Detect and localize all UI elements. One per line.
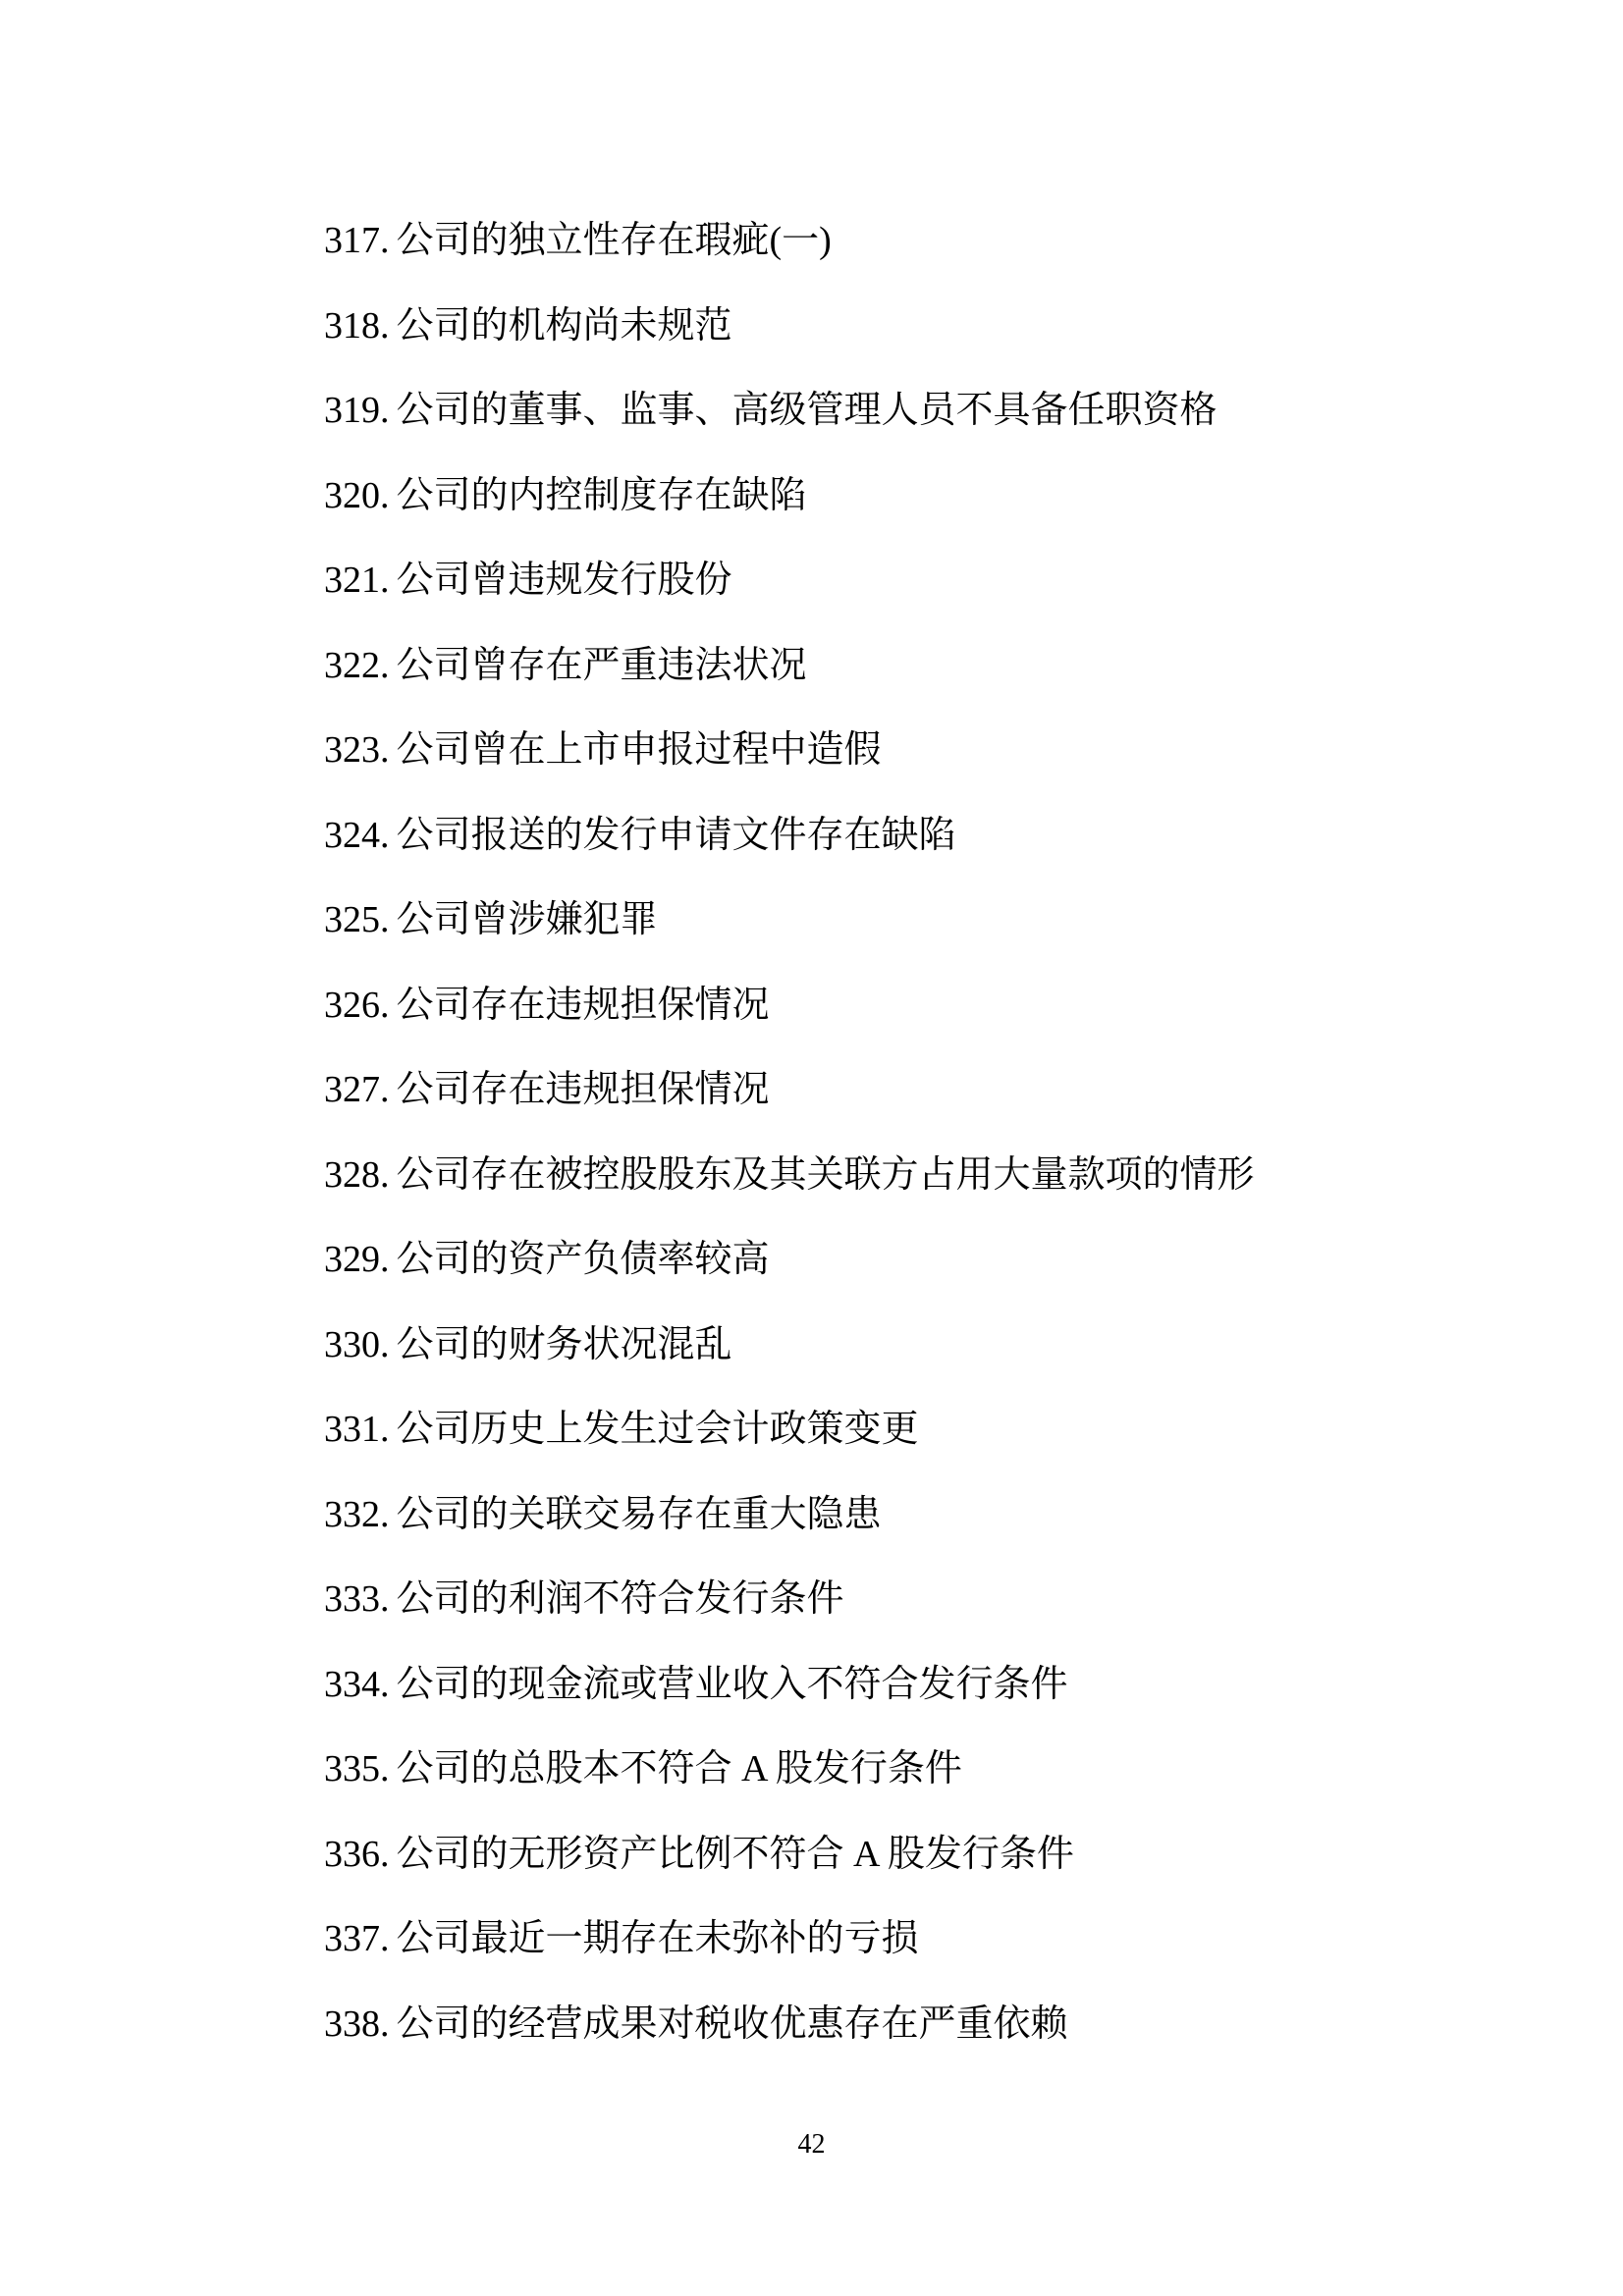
item-text: 公司报送的发行申请文件存在缺陷: [397, 815, 956, 856]
list-item: 331.公司历史上发生过会计政策变更: [324, 1411, 1505, 1449]
list-item: 322.公司曾存在严重违法状况: [324, 647, 1505, 685]
item-text: 公司的利润不符合发行条件: [397, 1578, 844, 1620]
item-number: 337.: [324, 1918, 390, 1959]
item-number: 325.: [324, 899, 390, 940]
item-text: 公司存在违规担保情况: [397, 985, 770, 1026]
item-text: 公司的独立性存在瑕疵(一): [397, 220, 832, 261]
item-text: 公司曾存在严重违法状况: [397, 645, 807, 686]
item-number: 335.: [324, 1748, 390, 1789]
item-text: 公司的内控制度存在缺陷: [397, 475, 807, 516]
item-text: 公司的资产负债率较高: [397, 1239, 770, 1280]
item-number: 332.: [324, 1494, 390, 1535]
item-number: 317.: [324, 220, 390, 261]
item-number: 322.: [324, 645, 390, 686]
item-text: 公司的现金流或营业收入不符合发行条件: [397, 1664, 1068, 1705]
item-text: 公司最近一期存在未弥补的亏损: [397, 1918, 919, 1959]
list-item: 328.公司存在被控股股东及其关联方占用大量款项的情形: [324, 1156, 1505, 1195]
item-text: 公司的机构尚未规范: [397, 305, 732, 347]
list-item: 333.公司的利润不符合发行条件: [324, 1580, 1505, 1619]
item-number: 338.: [324, 2003, 390, 2045]
item-number: 319.: [324, 390, 390, 431]
list-item: 323.公司曾在上市申报过程中造假: [324, 731, 1505, 770]
item-number: 318.: [324, 305, 390, 347]
item-number: 330.: [324, 1324, 390, 1365]
item-number: 336.: [324, 1834, 390, 1875]
list-item: 329.公司的资产负债率较高: [324, 1241, 1505, 1279]
item-text: 公司的经营成果对税收优惠存在严重依赖: [397, 2003, 1068, 2045]
item-text: 公司存在被控股股东及其关联方占用大量款项的情形: [397, 1154, 1255, 1196]
list-item: 318.公司的机构尚未规范: [324, 307, 1505, 346]
list-item: 334.公司的现金流或营业收入不符合发行条件: [324, 1666, 1505, 1704]
document-page: 317.公司的独立性存在瑕疵(一) 318.公司的机构尚未规范 319.公司的董…: [0, 0, 1623, 2296]
list-item: 321.公司曾违规发行股份: [324, 561, 1505, 600]
list-item: 335.公司的总股本不符合 A 股发行条件: [324, 1750, 1505, 1789]
list-item: 330.公司的财务状况混乱: [324, 1326, 1505, 1364]
item-number: 324.: [324, 815, 390, 856]
list-item: 319.公司的董事、监事、高级管理人员不具备任职资格: [324, 392, 1505, 430]
item-text: 公司曾涉嫌犯罪: [397, 899, 658, 940]
list-item: 332.公司的关联交易存在重大隐患: [324, 1496, 1505, 1534]
list-item: 326.公司存在违规担保情况: [324, 987, 1505, 1025]
item-number: 329.: [324, 1239, 390, 1280]
item-number: 328.: [324, 1154, 390, 1196]
item-text: 公司的总股本不符合 A 股发行条件: [397, 1748, 962, 1789]
item-text: 公司历史上发生过会计政策变更: [397, 1409, 919, 1450]
item-text: 公司的关联交易存在重大隐患: [397, 1494, 882, 1535]
item-number: 320.: [324, 475, 390, 516]
item-text: 公司存在违规担保情况: [397, 1069, 770, 1110]
list-item: 325.公司曾涉嫌犯罪: [324, 901, 1505, 939]
list-item: 336.公司的无形资产比例不符合 A 股发行条件: [324, 1836, 1505, 1874]
list-item: 317.公司的独立性存在瑕疵(一): [324, 222, 1505, 260]
item-text: 公司的无形资产比例不符合 A 股发行条件: [397, 1834, 1074, 1875]
page-number: 42: [0, 2130, 1623, 2160]
item-number: 327.: [324, 1069, 390, 1110]
item-text: 公司曾在上市申报过程中造假: [397, 729, 882, 771]
item-number: 323.: [324, 729, 390, 771]
item-text: 公司曾违规发行股份: [397, 560, 732, 601]
item-number: 334.: [324, 1664, 390, 1705]
list-item: 320.公司的内控制度存在缺陷: [324, 477, 1505, 515]
item-number: 333.: [324, 1578, 390, 1620]
list-item: 327.公司存在违规担保情况: [324, 1071, 1505, 1109]
item-number: 321.: [324, 560, 390, 601]
list-item: 337.公司最近一期存在未弥补的亏损: [324, 1920, 1505, 1958]
list-item: 324.公司报送的发行申请文件存在缺陷: [324, 817, 1505, 855]
item-text: 公司的董事、监事、高级管理人员不具备任职资格: [397, 390, 1217, 431]
issue-list: 317.公司的独立性存在瑕疵(一) 318.公司的机构尚未规范 319.公司的董…: [324, 222, 1505, 2090]
item-text: 公司的财务状况混乱: [397, 1324, 732, 1365]
item-number: 326.: [324, 985, 390, 1026]
list-item: 338.公司的经营成果对税收优惠存在严重依赖: [324, 2005, 1505, 2044]
item-number: 331.: [324, 1409, 390, 1450]
